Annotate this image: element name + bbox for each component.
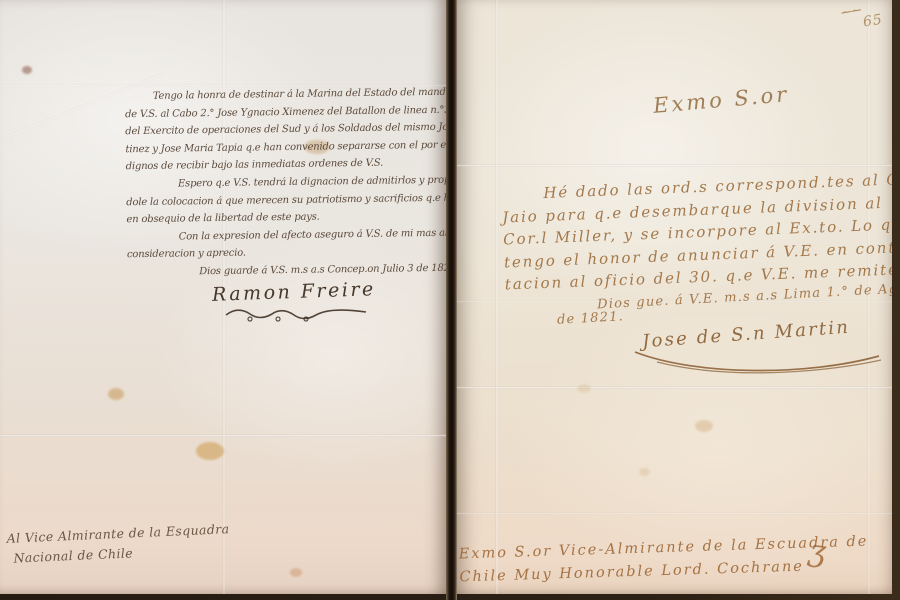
book-gutter [446, 0, 457, 600]
letter-body-left: Tengo la honra de destinar á la Marina d… [125, 84, 446, 282]
stain [639, 468, 650, 476]
address-block-left: Al Vice Almirante de la Esquadra Naciona… [6, 519, 231, 569]
salutation-exmo-sor: Exmo S.or [652, 82, 790, 118]
fold-crease [495, 0, 499, 594]
signature-rubric-flourish [627, 346, 887, 378]
dateline-right-year: de 1821. [557, 309, 625, 327]
stain [695, 420, 713, 432]
stain [22, 66, 32, 74]
crossed-out-mark: ~~ [840, 2, 862, 19]
letter-body-right: Hé dado las ord.s correspond.tes al Capi… [501, 169, 892, 296]
fold-crease [0, 434, 446, 437]
folio-number: 65 [862, 12, 884, 31]
photographed-manuscript-spread: Tengo la honra de destinar á la Marina d… [0, 0, 900, 600]
manuscript-page-right: ~~ 65 Exmo S.or Hé dado las ord.s corres… [457, 0, 892, 594]
stain [196, 442, 224, 460]
manuscript-page-left: Tengo la honra de destinar á la Marina d… [0, 0, 446, 594]
stain [577, 384, 591, 393]
fold-crease [457, 164, 892, 167]
stain [290, 568, 302, 577]
signature-rubric-flourish [222, 306, 372, 326]
fold-crease [457, 386, 892, 389]
fold-crease [457, 512, 892, 515]
signature-ramon-freire: Ramon Freire [212, 278, 376, 306]
stain [108, 388, 124, 400]
